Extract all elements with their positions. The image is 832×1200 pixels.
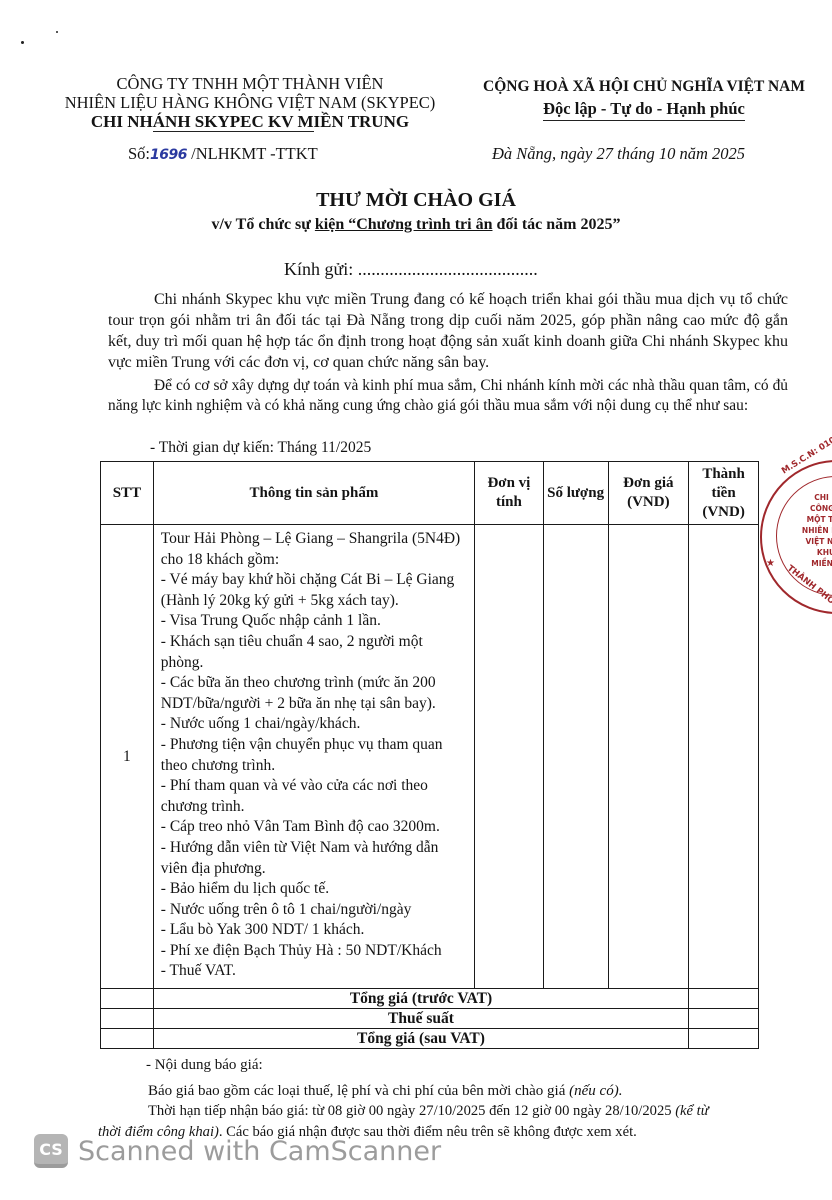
national-header: CỘNG HOÀ XÃ HỘI CHỦ NGHĨA VIỆT NAM Độc l… <box>458 78 830 121</box>
salutation: Kính gửi: ..............................… <box>284 259 538 280</box>
camscanner-logo-icon: CS <box>34 1134 68 1168</box>
document-number: Số:1696 /NLHKMT -TTKT <box>128 144 318 164</box>
summary-row-total: Tổng giá (sau VAT) <box>101 1029 759 1049</box>
description-item: - Phương tiện vận chuyển phục vụ tham qu… <box>161 735 468 776</box>
quotation-table: STT Thông tin sản phẩm Đơn vị tính Số lư… <box>100 461 759 1049</box>
row-price <box>608 525 689 989</box>
col-header-amount: Thành tiền (VND) <box>689 462 759 525</box>
table-row: 1 Tour Hải Phòng – Lệ Giang – Shangrila … <box>101 525 759 989</box>
description-item: - Nước uống trên ô tô 1 chai/người/ngày <box>161 900 468 921</box>
scan-speck <box>21 41 24 44</box>
summary-value <box>689 1009 759 1029</box>
issuer-line-2: NHIÊN LIỆU HÀNG KHÔNG VIỆT NAM (SKYPEC) <box>40 93 460 112</box>
summary-label: Tổng giá (trước VAT) <box>153 989 688 1009</box>
seal-center-text: CHI NCÔNG TMỘT THÀNHIÊN LIỆUVIỆT NAMKHUM… <box>796 492 832 569</box>
seal-star-icon: ★ <box>766 558 775 569</box>
row-description: Tour Hải Phòng – Lệ Giang – Shangrila (5… <box>153 525 474 989</box>
expected-schedule: - Thời gian dự kiến: Tháng 11/2025 <box>150 439 371 457</box>
description-item: - Phí tham quan và vé vào cửa các nơi th… <box>161 776 468 817</box>
description-item: - Lẩu bò Yak 300 NDT/ 1 khách. <box>161 920 468 941</box>
issuer-line-1: CÔNG TY TNHH MỘT THÀNH VIÊN <box>40 74 460 93</box>
summary-label: Thuế suất <box>153 1009 688 1029</box>
seal-ring-text: M.S.C.N: 0100107 <box>780 423 832 477</box>
description-item: Tour Hải Phòng – Lệ Giang – Shangrila (5… <box>161 529 468 570</box>
description-item: - Các bữa ăn theo chương trình (mức ăn 2… <box>161 673 468 714</box>
summary-value <box>689 1029 759 1049</box>
col-header-unit: Đơn vị tính <box>475 462 544 525</box>
issuer-branch: CHI NHÁNH SKYPEC KV MIỀN TRUNG <box>40 112 460 131</box>
document-subject: v/v Tổ chức sự kiện “Chương trình tri ân… <box>0 216 832 234</box>
document-title: THƯ MỜI CHÀO GIÁ <box>0 189 832 212</box>
description-lines: Tour Hải Phòng – Lệ Giang – Shangrila (5… <box>161 529 468 982</box>
row-qty <box>543 525 608 989</box>
description-item: - Khách sạn tiêu chuẩn 4 sao, 2 người mộ… <box>161 632 468 673</box>
description-item: - Phí xe điện Bạch Thủy Hà : 50 NDT/Khác… <box>161 941 468 962</box>
handwritten-number: 1696 <box>150 147 187 163</box>
col-header-price: Đơn giá (VND) <box>608 462 689 525</box>
row-amount <box>689 525 759 989</box>
quote-content-line-1: Báo giá bao gồm các loại thuế, lệ phí và… <box>148 1083 622 1100</box>
col-header-stt: STT <box>101 462 154 525</box>
table-header-row: STT Thông tin sản phẩm Đơn vị tính Số lư… <box>101 462 759 525</box>
quote-content-label: - Nội dung báo giá: <box>146 1057 263 1074</box>
national-motto: Độc lập - Tự do - Hạnh phúc <box>543 99 745 121</box>
col-header-qty: Số lượng <box>543 462 608 525</box>
scan-speck <box>56 31 58 33</box>
invitation-paragraph: Để có cơ sở xây dựng dự toán và kinh phí… <box>108 376 788 416</box>
description-item: - Thuế VAT. <box>161 961 468 982</box>
document-date: Đà Nẵng, ngày 27 tháng 10 năm 2025 <box>492 144 745 164</box>
description-item: - Nước uống 1 chai/ngày/khách. <box>161 714 468 735</box>
summary-label: Tổng giá (sau VAT) <box>153 1029 688 1049</box>
description-item: - Visa Trung Quốc nhập cảnh 1 lần. <box>161 611 468 632</box>
issuer-block: CÔNG TY TNHH MỘT THÀNH VIÊN NHIÊN LIỆU H… <box>40 74 460 131</box>
row-stt: 1 <box>101 525 154 989</box>
description-item: - Hướng dẫn viên từ Việt Nam và hướng dẫ… <box>161 838 468 879</box>
camscanner-watermark: CS Scanned with CamScanner <box>34 1134 441 1168</box>
company-seal: M.S.C.N: 0100107 THÀNH PHỐ ★ CHI NCÔNG T… <box>760 460 832 614</box>
watermark-text: Scanned with CamScanner <box>78 1136 441 1167</box>
description-item: - Cáp treo nhỏ Vân Tam Bình độ cao 3200m… <box>161 817 468 838</box>
summary-row-tax: Thuế suất <box>101 1009 759 1029</box>
summary-row-subtotal: Tổng giá (trước VAT) <box>101 989 759 1009</box>
col-header-info: Thông tin sản phẩm <box>153 462 474 525</box>
intro-paragraph: Chi nhánh Skypec khu vực miền Trung đang… <box>108 289 788 373</box>
description-item: - Vé máy bay khứ hồi chặng Cát Bi – Lệ G… <box>161 570 468 611</box>
summary-value <box>689 989 759 1009</box>
row-unit <box>475 525 544 989</box>
quote-deadline-line: Thời hạn tiếp nhận báo giá: từ 08 giờ 00… <box>148 1103 709 1120</box>
description-item: - Bảo hiểm du lịch quốc tế. <box>161 879 468 900</box>
national-title: CỘNG HOÀ XÃ HỘI CHỦ NGHĨA VIỆT NAM <box>458 78 830 96</box>
